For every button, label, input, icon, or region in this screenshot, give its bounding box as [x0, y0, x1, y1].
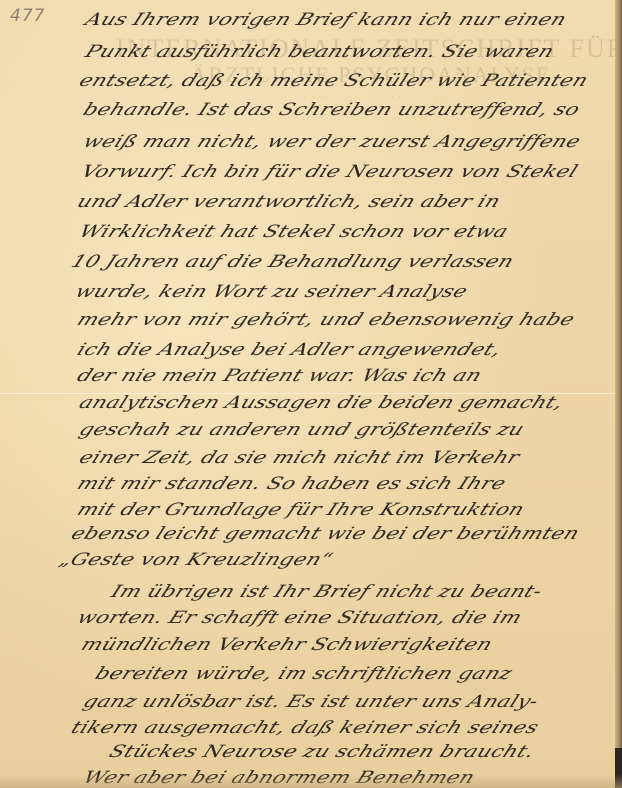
handwritten-line: und Adler verantwortlich, sein aber in: [78, 192, 499, 212]
handwritten-line-text: Punkt ausführlich beantworten. Sie waren: [82, 42, 557, 62]
handwritten-line: Im übrigen ist Ihr Brief nicht zu beant-: [112, 582, 541, 602]
handwritten-line: wurde, kein Wort zu seiner Analyse: [76, 282, 467, 302]
page-bottom-shadow: [0, 774, 622, 788]
handwritten-line-text: der nie mein Patient war. Was ich an: [74, 366, 485, 386]
handwritten-line: 10 Jahren auf die Behandlung verlassen: [72, 252, 513, 272]
handwritten-line-text: Aus Ihrem vorigen Brief kann ich nur ein…: [82, 10, 570, 30]
handwritten-line-text: 10 Jahren auf die Behandlung verlassen: [68, 252, 517, 272]
handwritten-line-text: bereiten würde, im schriftlichen ganz: [92, 664, 515, 684]
handwritten-line: Punkt ausführlich beantworten. Sie waren: [86, 42, 553, 62]
handwritten-line: bereiten würde, im schriftlichen ganz: [96, 664, 511, 684]
handwritten-line: worten. Er schafft eine Situation, die i…: [78, 608, 521, 628]
handwritten-line: behandle. Ist das Schreiben unzutreffend…: [84, 100, 579, 120]
handwritten-line: analytischen Aussagen die beiden gemacht…: [80, 393, 562, 413]
handwritten-line: Vorwurf. Ich bin für die Neurosen von St…: [82, 162, 577, 182]
handwritten-line-text: und Adler verantwortlich, sein aber in: [74, 192, 504, 212]
handwritten-line: ganz unlösbar ist. Es ist unter uns Anal…: [84, 692, 537, 712]
handwritten-line-text: wurde, kein Wort zu seiner Analyse: [72, 282, 471, 302]
handwritten-line: entsetzt, daß ich meine Schüler wie Pati…: [80, 71, 587, 91]
handwritten-line-text: Vorwurf. Ich bin für die Neurosen von St…: [78, 162, 581, 182]
handwritten-line: der nie mein Patient war. Was ich an: [78, 366, 481, 386]
handwritten-line-text: mit der Grundlage für Ihre Konstruktion: [74, 500, 528, 520]
handwritten-line-text: tikern ausgemacht, daß keiner sich seine…: [68, 718, 542, 738]
handwritten-line-text: geschah zu anderen und größtenteils zu: [76, 420, 527, 440]
handwritten-line-text: entsetzt, daß ich meine Schüler wie Pati…: [76, 71, 591, 91]
handwritten-line-text: mehr von mir gehört, und ebensowenig hab…: [74, 310, 578, 330]
handwritten-line: weiß man nicht, wer der zuerst Angegriff…: [84, 132, 580, 152]
manuscript-page: INTERNATIONALE ZEITSCHRIFT FÜR ÄRZTLICHE…: [0, 0, 622, 788]
handwritten-line-text: analytischen Aussagen die beiden gemacht…: [76, 393, 566, 413]
handwritten-line-text: einer Zeit, da sie mich nicht im Verkehr: [76, 448, 523, 468]
handwritten-line: mehr von mir gehört, und ebensowenig hab…: [78, 310, 574, 330]
handwritten-line-text: mündlichen Verkehr Schwierigkeiten: [78, 635, 495, 655]
handwritten-line: Wirklichkeit hat Stekel schon vor etwa: [80, 222, 507, 242]
handwritten-line: Stückes Neurose zu schämen braucht.: [110, 742, 534, 762]
handwritten-line-text: ich die Analyse bei Adler angewendet,: [74, 340, 504, 360]
handwritten-line-text: ebenso leicht gemacht wie bei der berühm…: [68, 524, 583, 544]
handwritten-line: ebenso leicht gemacht wie bei der berühm…: [72, 524, 578, 544]
handwritten-line-text: behandle. Ist das Schreiben unzutreffend…: [80, 100, 583, 120]
handwritten-line-text: worten. Er schafft eine Situation, die i…: [74, 608, 525, 628]
handwritten-line: „Geste von Kreuzlingen“: [60, 550, 332, 570]
handwritten-line-text: Im übrigen ist Ihr Brief nicht zu beant-: [108, 582, 545, 602]
handwritten-line: mit der Grundlage für Ihre Konstruktion: [78, 500, 523, 520]
handwritten-line: mündlichen Verkehr Schwierigkeiten: [82, 635, 491, 655]
handwritten-line: einer Zeit, da sie mich nicht im Verkehr: [80, 448, 519, 468]
handwritten-line: geschah zu anderen und größtenteils zu: [80, 420, 523, 440]
handwritten-line: tikern ausgemacht, daß keiner sich seine…: [72, 718, 538, 738]
page-edge-shadow: [615, 0, 622, 788]
handwritten-line: ich die Analyse bei Adler angewendet,: [78, 340, 500, 360]
page-number: 477: [10, 6, 45, 26]
handwritten-line-text: mit mir standen. So haben es sich Ihre: [74, 474, 509, 494]
handwritten-line-text: weiß man nicht, wer der zuerst Angegriff…: [80, 132, 584, 152]
handwritten-line: Aus Ihrem vorigen Brief kann ich nur ein…: [86, 10, 565, 30]
handwritten-line-text: Stückes Neurose zu schämen braucht.: [106, 742, 538, 762]
handwritten-line: mit mir standen. So haben es sich Ihre: [78, 474, 505, 494]
handwritten-line-text: „Geste von Kreuzlingen“: [56, 550, 336, 570]
handwritten-line-text: Wirklichkeit hat Stekel schon vor etwa: [76, 222, 511, 242]
handwritten-line-text: ganz unlösbar ist. Es ist unter uns Anal…: [80, 692, 542, 712]
